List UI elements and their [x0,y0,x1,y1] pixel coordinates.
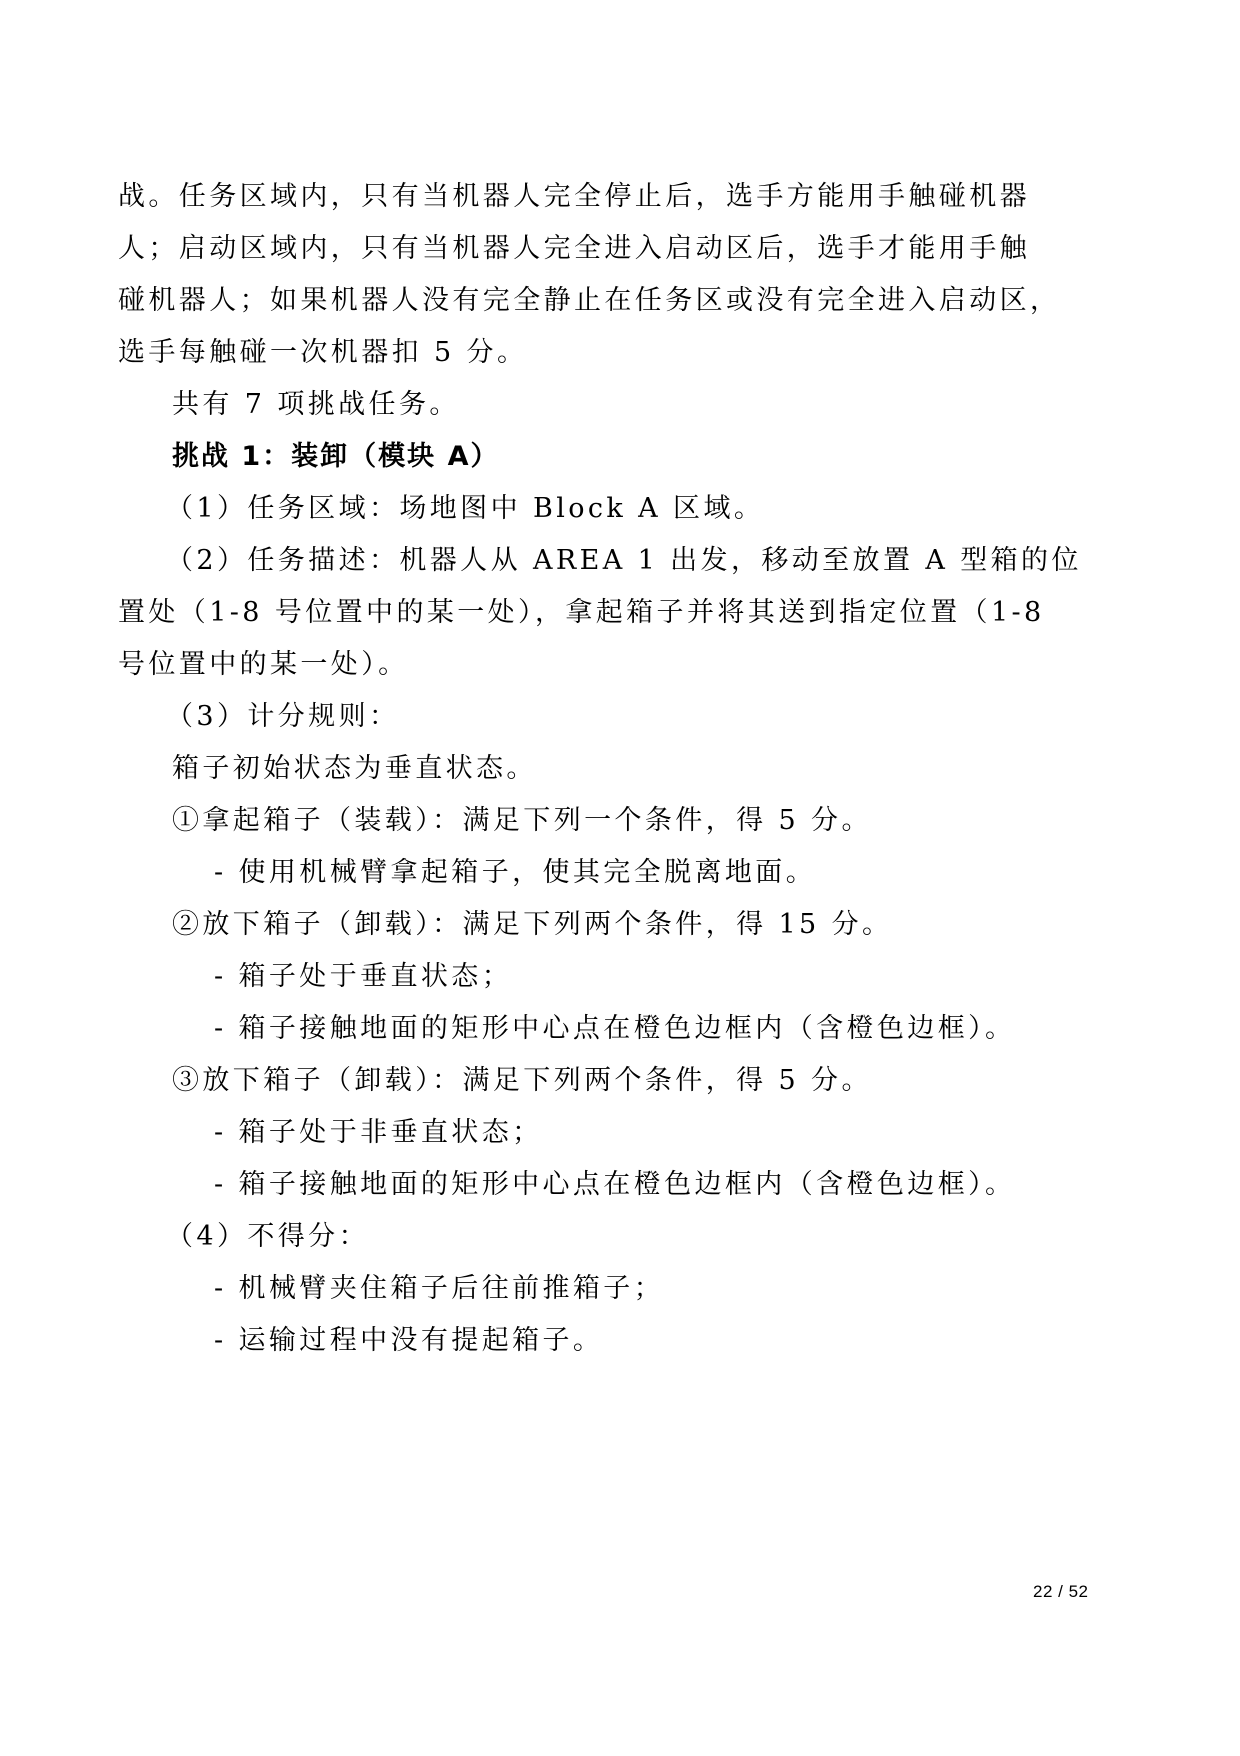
document-page: 战。任务区域内，只有当机器人完全停止后，选手方能用手触碰机器 人；启动区域内，只… [0,0,1240,1756]
body-text-line: 战。任务区域内，只有当机器人完全停止后，选手方能用手触碰机器 [118,180,1030,214]
scoring-rule-2: ②放下箱子（卸载）：满足下列两个条件，得 15 分。 [172,908,892,942]
rule-condition: - 箱子处于非垂直状态； [214,1116,543,1150]
task-area-text: （1）任务区域：场地图中 Block A 区域。 [166,492,764,526]
page-number: 22 / 52 [1033,1582,1089,1602]
scoring-rule-3: ③放下箱子（卸载）：满足下列两个条件，得 5 分。 [172,1064,872,1098]
no-score-heading: （4）不得分： [166,1220,369,1254]
no-score-condition: - 运输过程中没有提起箱子。 [214,1324,603,1358]
challenge-count-text: 共有 7 项挑战任务。 [172,388,460,422]
body-text-line: 选手每触碰一次机器扣 5 分。 [118,336,527,370]
no-score-condition: - 机械臂夹住箱子后往前推箱子； [214,1272,664,1306]
rule-condition: - 箱子处于垂直状态； [214,960,512,994]
rule-condition: - 箱子接触地面的矩形中心点在橙色边框内（含橙色边框）。 [214,1012,1015,1046]
body-text-line: 人；启动区域内，只有当机器人完全进入启动区后，选手才能用手触 [118,232,1030,266]
scoring-rule-1: ①拿起箱子（装载）：满足下列一个条件，得 5 分。 [172,804,872,838]
task-description-line: 号位置中的某一处）。 [118,648,409,682]
task-description-line: （2）任务描述：机器人从 AREA 1 出发，移动至放置 A 型箱的位 [166,544,1082,578]
scoring-rules-heading: （3）计分规则： [166,700,399,734]
task-description-line: 置处（1-8 号位置中的某一处），拿起箱子并将其送到指定位置（1-8 [118,596,1045,630]
rule-condition: - 箱子接触地面的矩形中心点在橙色边框内（含橙色边框）。 [214,1168,1015,1202]
body-text-line: 碰机器人；如果机器人没有完全静止在任务区或没有完全进入启动区， [118,284,1060,318]
rule-condition: - 使用机械臂拿起箱子，使其完全脱离地面。 [214,856,816,890]
initial-state-text: 箱子初始状态为垂直状态。 [172,752,537,786]
section-heading: 挑战 1：装卸（模块 A） [172,440,499,474]
